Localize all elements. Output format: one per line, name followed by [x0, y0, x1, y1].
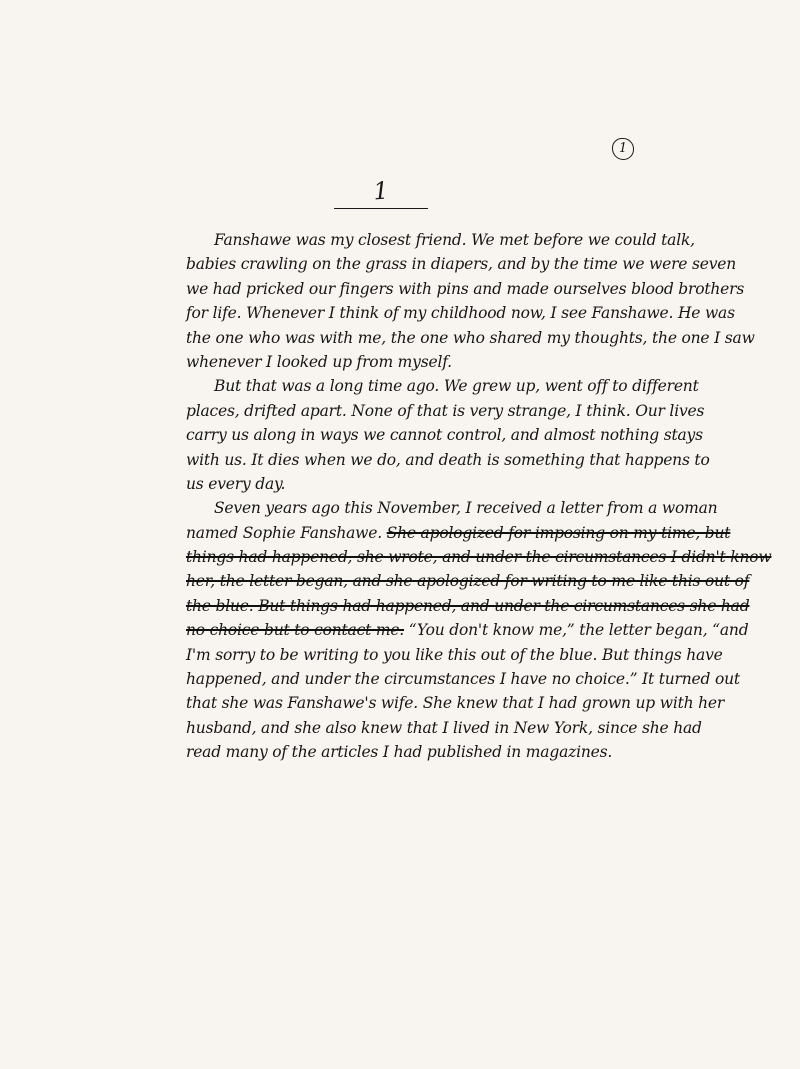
text-line: places, drifted apart. None of that is v…: [186, 399, 636, 423]
text-segment: But that was a long time ago. We grew up…: [214, 377, 699, 395]
struck-through-text: She apologized for imposing on my time, …: [387, 524, 731, 542]
text-segment: Seven years ago this November, I receive…: [214, 499, 717, 517]
text-segment: husband, and she also knew that I lived …: [186, 719, 702, 737]
text-line: husband, and she also knew that I lived …: [186, 716, 636, 740]
text-segment: happened, and under the circumstances I …: [186, 670, 740, 688]
struck-through-text: the blue. But things had happened, and u…: [186, 597, 749, 615]
text-line: things had happened, she wrote, and unde…: [186, 545, 636, 569]
text-segment: read many of the articles I had publishe…: [186, 743, 612, 761]
handwritten-body-text: Fanshawe was my closest friend. We met b…: [186, 228, 636, 765]
page-number-circled: 1: [612, 138, 634, 160]
text-line: the blue. But things had happened, and u…: [186, 594, 636, 618]
text-segment: carry us along in ways we cannot control…: [186, 426, 703, 444]
text-segment: that she was Fanshawe's wife. She knew t…: [186, 694, 724, 712]
text-line: Fanshawe was my closest friend. We met b…: [186, 228, 636, 252]
text-line: that she was Fanshawe's wife. She knew t…: [186, 691, 636, 715]
text-segment: named Sophie Fanshawe.: [186, 524, 387, 542]
text-line: Seven years ago this November, I receive…: [186, 496, 636, 520]
text-segment: Fanshawe was my closest friend. We met b…: [214, 231, 695, 249]
text-segment: I'm sorry to be writing to you like this…: [186, 646, 723, 664]
text-segment: whenever I looked up from myself.: [186, 353, 452, 371]
struck-through-text: no choice but to contact me.: [186, 621, 404, 639]
text-segment: babies crawling on the grass in diapers,…: [186, 255, 736, 273]
chapter-heading: 1: [334, 178, 428, 209]
text-line: we had pricked our fingers with pins and…: [186, 277, 636, 301]
paragraph: Seven years ago this November, I receive…: [186, 496, 636, 764]
text-line: the one who was with me, the one who sha…: [186, 326, 636, 350]
text-segment: we had pricked our fingers with pins and…: [186, 280, 744, 298]
text-segment: us every day.: [186, 475, 285, 493]
text-line: us every day.: [186, 472, 636, 496]
text-segment: places, drifted apart. None of that is v…: [186, 402, 704, 420]
text-line: her, the letter began, and she apologize…: [186, 569, 636, 593]
text-line: named Sophie Fanshawe. She apologized fo…: [186, 521, 636, 545]
struck-through-text: things had happened, she wrote, and unde…: [186, 548, 771, 566]
text-segment: “You don't know me,” the letter began, “…: [404, 621, 748, 639]
manuscript-page: 1 1 Fanshawe was my closest friend. We m…: [0, 0, 800, 1069]
text-line: I'm sorry to be writing to you like this…: [186, 643, 636, 667]
paragraph: But that was a long time ago. We grew up…: [186, 374, 636, 496]
text-line: read many of the articles I had publishe…: [186, 740, 636, 764]
chapter-underline: [334, 208, 428, 209]
text-line: carry us along in ways we cannot control…: [186, 423, 636, 447]
text-segment: the one who was with me, the one who sha…: [186, 329, 755, 347]
text-line: happened, and under the circumstances I …: [186, 667, 636, 691]
text-line: But that was a long time ago. We grew up…: [186, 374, 636, 398]
struck-through-text: her, the letter began, and she apologize…: [186, 572, 749, 590]
text-line: with us. It dies when we do, and death i…: [186, 448, 636, 472]
text-line: no choice but to contact me. “You don't …: [186, 618, 636, 642]
paragraph: Fanshawe was my closest friend. We met b…: [186, 228, 636, 374]
text-line: whenever I looked up from myself.: [186, 350, 636, 374]
text-line: babies crawling on the grass in diapers,…: [186, 252, 636, 276]
chapter-number: 1: [333, 175, 429, 207]
text-segment: for life. Whenever I think of my childho…: [186, 304, 735, 322]
text-line: for life. Whenever I think of my childho…: [186, 301, 636, 325]
text-segment: with us. It dies when we do, and death i…: [186, 451, 710, 469]
